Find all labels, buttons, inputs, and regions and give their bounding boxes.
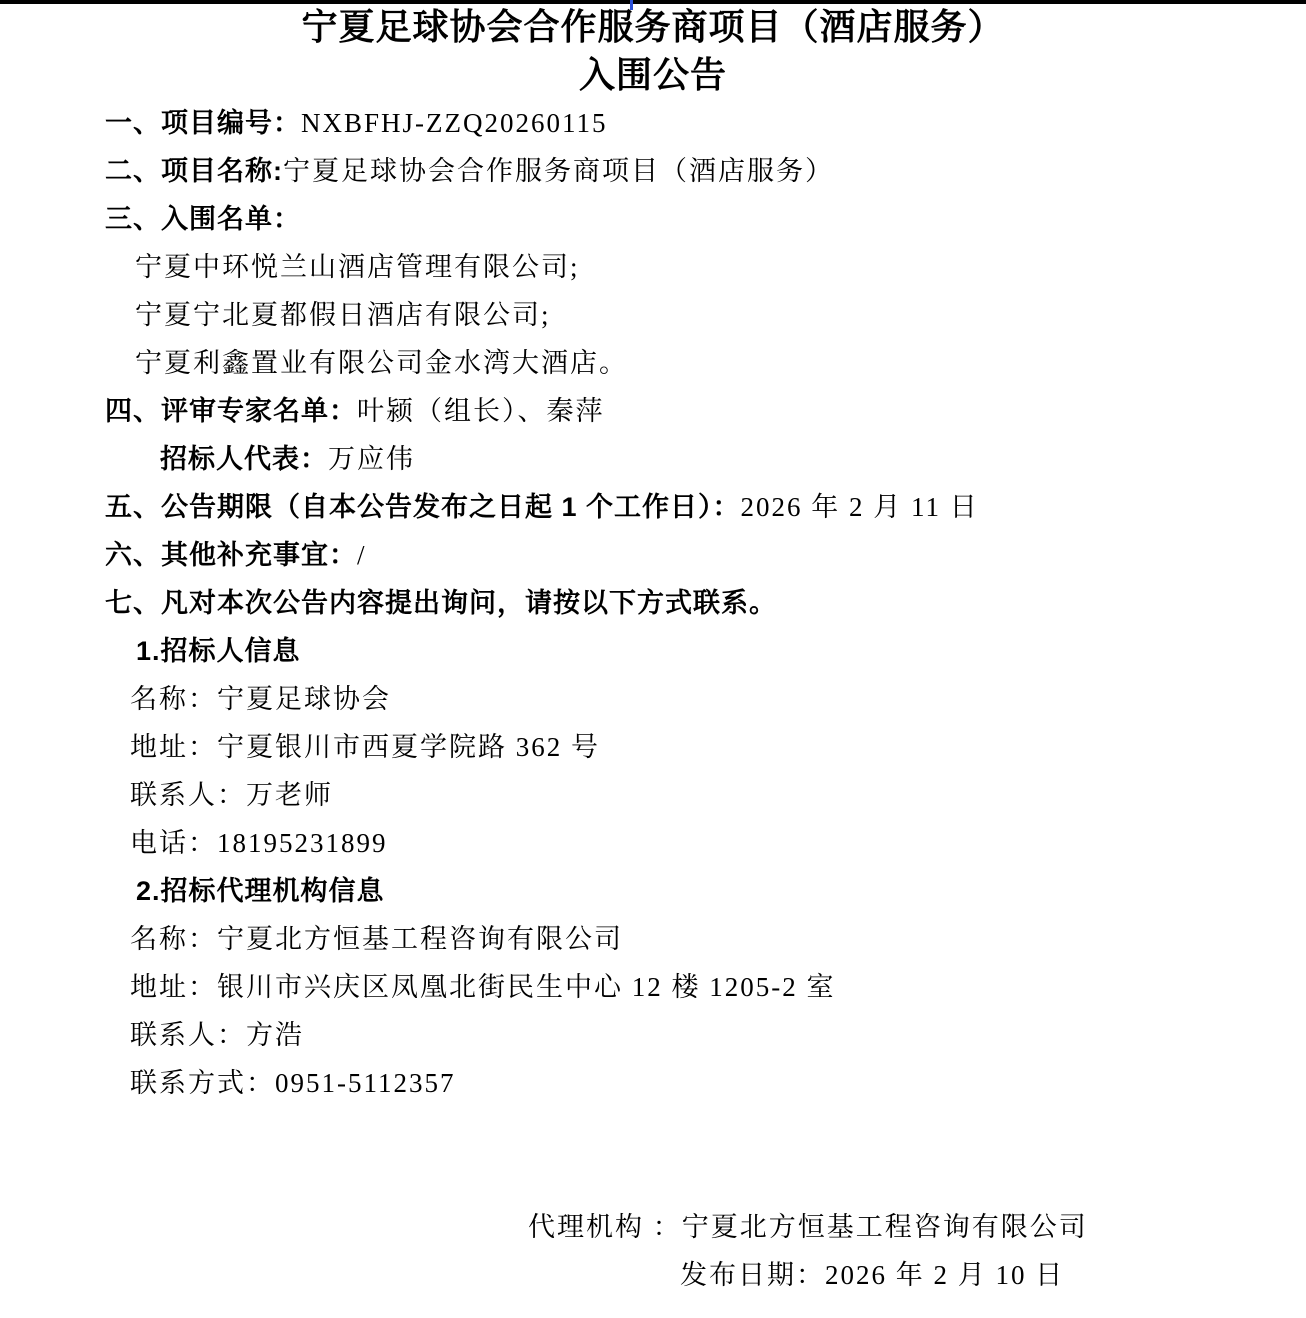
experts-value: 叶颍（组长）、秦萍 xyxy=(357,396,605,426)
other-matters-line: 六、其他补充事宜：/ xyxy=(0,531,1306,579)
bidder-contact-line: 联系人：万老师 xyxy=(0,771,1306,819)
bidder-name-value: 宁夏足球协会 xyxy=(217,684,391,714)
spacer xyxy=(0,1107,1306,1155)
bidder-phone-line: 电话：18195231899 xyxy=(0,819,1306,867)
footer-agency-line: 代理机构 ：宁夏北方恒基工程咨询有限公司 xyxy=(0,1203,1306,1251)
bidder-name-label: 名称： xyxy=(130,684,217,714)
announcement-document: 宁夏足球协会合作服务商项目（酒店服务） 入围公告 一、项目编号：NXBFHJ-Z… xyxy=(0,3,1306,1299)
shortlist-item-2: 宁夏宁北夏都假日酒店有限公司; xyxy=(0,291,1306,339)
bidder-contact-label: 联系人： xyxy=(130,780,246,810)
agency-contact-value: 方浩 xyxy=(246,1020,304,1050)
bidder-rep-value: 万应伟 xyxy=(328,444,415,474)
bidder-address-line: 地址：宁夏银川市西夏学院路 362 号 xyxy=(0,723,1306,771)
inquiry-heading: 七、凡对本次公告内容提出询问，请按以下方式联系。 xyxy=(0,579,1306,627)
shortlist-item-1: 宁夏中环悦兰山酒店管理有限公司; xyxy=(0,243,1306,291)
agency-name-label: 名称： xyxy=(130,924,217,954)
agency-name-line: 名称：宁夏北方恒基工程咨询有限公司 xyxy=(0,915,1306,963)
spacer xyxy=(0,1155,1306,1203)
announcement-page: { "document": { "title_line1": "宁夏足球协会合作… xyxy=(0,0,1306,1318)
document-title-line1: 宁夏足球协会合作服务商项目（酒店服务） xyxy=(0,3,1306,51)
bidder-info-heading: 1.招标人信息 xyxy=(0,627,1306,675)
agency-name-value: 宁夏北方恒基工程咨询有限公司 xyxy=(217,924,623,954)
footer-date-line: 发布日期：2026 年 2 月 10 日 xyxy=(0,1251,1306,1299)
agency-address-label: 地址： xyxy=(130,972,217,1002)
bidder-name-line: 名称：宁夏足球协会 xyxy=(0,675,1306,723)
project-number-value: NXBFHJ-ZZQ20260115 xyxy=(301,108,608,138)
footer-date-value: 2026 年 2 月 10 日 xyxy=(825,1260,1064,1290)
other-matters-label: 六、其他补充事宜： xyxy=(105,540,357,570)
agency-info-heading: 2.招标代理机构信息 xyxy=(0,867,1306,915)
notice-period-value: 2026 年 2 月 11 日 xyxy=(741,492,979,522)
footer-date-label: 发布日期： xyxy=(680,1260,825,1290)
bidder-address-label: 地址： xyxy=(130,732,217,762)
footer-agency-value: 宁夏北方恒基工程咨询有限公司 xyxy=(682,1212,1088,1242)
agency-address-line: 地址：银川市兴庆区凤凰北街民生中心 12 楼 1205-2 室 xyxy=(0,963,1306,1011)
agency-phone-line: 联系方式：0951-5112357 xyxy=(0,1059,1306,1107)
project-number-label: 一、项目编号： xyxy=(105,108,301,138)
shortlist-heading: 三、入围名单： xyxy=(0,195,1306,243)
agency-address-value: 银川市兴庆区凤凰北街民生中心 12 楼 1205-2 室 xyxy=(217,972,836,1002)
bidder-rep-label: 招标人代表： xyxy=(160,444,328,474)
footer-agency-label: 代理机构 ： xyxy=(528,1212,682,1242)
experts-line: 四、评审专家名单：叶颍（组长）、秦萍 xyxy=(0,387,1306,435)
bidder-address-value: 宁夏银川市西夏学院路 362 号 xyxy=(217,732,600,762)
bidder-contact-value: 万老师 xyxy=(246,780,333,810)
project-number-line: 一、项目编号：NXBFHJ-ZZQ20260115 xyxy=(0,99,1306,147)
agency-contact-label: 联系人： xyxy=(130,1020,246,1050)
agency-contact-line: 联系人：方浩 xyxy=(0,1011,1306,1059)
bidder-phone-label: 电话： xyxy=(130,828,217,858)
project-name-value: 宁夏足球协会合作服务商项目（酒店服务） xyxy=(283,156,834,186)
other-matters-value: / xyxy=(357,540,367,570)
bidder-rep-line: 招标人代表：万应伟 xyxy=(0,435,1306,483)
experts-label: 四、评审专家名单： xyxy=(105,396,357,426)
notice-period-label: 五、公告期限（自本公告发布之日起 1 个工作日）： xyxy=(105,492,741,522)
notice-period-line: 五、公告期限（自本公告发布之日起 1 个工作日）：2026 年 2 月 11 日 xyxy=(0,483,1306,531)
agency-phone-label: 联系方式： xyxy=(130,1068,275,1098)
project-name-label: 二、项目名称: xyxy=(105,156,283,186)
shortlist-item-3: 宁夏利鑫置业有限公司金水湾大酒店。 xyxy=(0,339,1306,387)
document-title-line2: 入围公告 xyxy=(0,51,1306,99)
bidder-phone-value: 18195231899 xyxy=(217,828,388,858)
project-name-line: 二、项目名称:宁夏足球协会合作服务商项目（酒店服务） xyxy=(0,147,1306,195)
agency-phone-value: 0951-5112357 xyxy=(275,1068,456,1098)
